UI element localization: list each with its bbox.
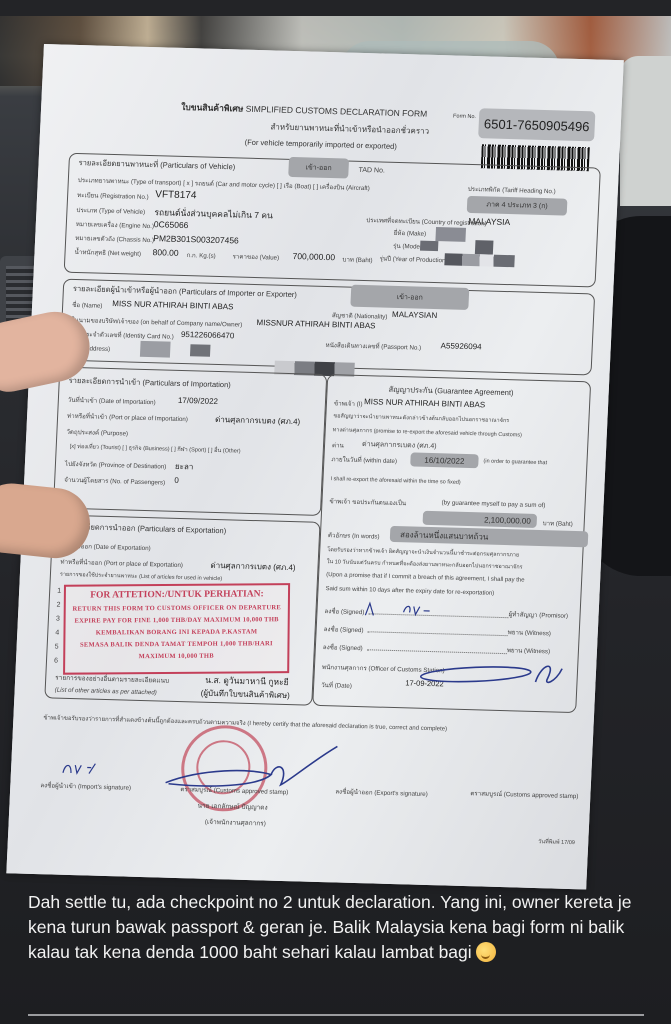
- sum-unit: บาท (Baht): [542, 518, 573, 529]
- net-weight-unit: ก.ก. Kg.(s): [186, 250, 216, 261]
- tad-label: TAD No.: [358, 167, 385, 175]
- passport-value: A55926094: [440, 341, 481, 351]
- value-unit: บาท (Baht): [342, 254, 373, 265]
- customs-declaration-form: ใบขนสินค้าพิเศษ SIMPLIFIED CUSTOMS DECLA…: [6, 44, 623, 889]
- caption-divider: [28, 1014, 644, 1016]
- pixelated-redaction: [444, 253, 515, 267]
- pixelated-redaction: [475, 240, 494, 254]
- officer-name: นาย เอกลักษณ์ ปัญญาดง: [197, 801, 267, 813]
- caption-text: Dah settle tu, ada checkpoint no 2 untuk…: [28, 892, 632, 962]
- guarantee-i-label: ข้าพเจ้า (I): [334, 398, 363, 409]
- export-signature-label: ลงชื่อผู้นำออก (Export's signature): [335, 786, 428, 799]
- pixelated-redaction: [140, 341, 171, 358]
- form-number: 6501-7650905496: [478, 108, 595, 141]
- import-port-value: ด่านศุลกากรเบตง (ศภ.4): [215, 413, 301, 428]
- id-value: 951226066470: [181, 330, 235, 340]
- customs-stamp-label-2: ตราสมบูรณ์ (Customs approved stamp): [470, 788, 578, 801]
- signed-label-promisor: ลงชื่อ (Signed): [324, 606, 364, 617]
- export-port-value: ด่านศุลกากรเบตง (ศภ.4): [210, 559, 296, 574]
- promisor-label: ผู้ทำสัญญา (Promisor): [508, 609, 568, 621]
- importer-signature-icon: [61, 761, 102, 778]
- station-label: ด่าน: [332, 440, 344, 450]
- registration-label: ทะเบียน (Registration No.): [77, 190, 149, 202]
- red-attention-stamp: FOR ATTETION:/UNTUK PERHATIAN: RETURN TH…: [63, 583, 290, 675]
- melting-face-emoji-icon: [476, 942, 496, 962]
- engine-value: 0C65066: [154, 219, 189, 230]
- value-label: ราคาของ (Value): [232, 251, 279, 262]
- promisor-signature-icon: [363, 601, 444, 619]
- witness-label-1: พยาน (Witness): [507, 627, 551, 638]
- signed-label-witness-1: ลงชื่อ (Signed): [323, 624, 363, 635]
- country-value: MALAYSIA: [468, 216, 510, 227]
- officer-title: (เจ้าพนักงานศุลกากร): [205, 817, 266, 829]
- form-no-label: Form No.: [453, 113, 476, 120]
- name-label: ชื่อ (Name): [72, 300, 103, 311]
- form-subtitle-en: (For vehicle temporarily imported or exp…: [245, 138, 397, 151]
- vehicle-type-label: ประเภท (Type of Vehicle): [76, 205, 145, 217]
- registration-value: VFT8174: [155, 189, 197, 201]
- tariff-value: ภาค 4 ประเภท 3 (ก): [467, 196, 568, 216]
- value-value: 700,000.00: [292, 251, 335, 262]
- passengers-value: 0: [174, 476, 179, 485]
- within-date: 16/10/2022: [410, 452, 479, 468]
- net-weight-value: 800.00: [152, 247, 178, 258]
- engine-label: หมายเลขเครื่อง (Engine No.): [76, 219, 155, 231]
- importer-direction-badge: เข้า-ออก: [350, 285, 469, 310]
- guarantee-date-label: วันที่ (Date): [321, 680, 352, 691]
- province-value: ยะลา: [175, 460, 194, 474]
- signed-label-witness-2: ลงชื่อ (Signed): [323, 642, 363, 653]
- post-photo[interactable]: ใบขนสินค้าพิเศษ SIMPLIFIED CUSTOMS DECLA…: [0, 16, 671, 1024]
- net-weight-label: น้ำหนักสุทธิ (Net weight): [74, 247, 141, 259]
- make-label: ยี่ห้อ (Make): [394, 228, 427, 239]
- within-label: ภายในวันที่ (within date): [331, 454, 397, 466]
- officer-signature-icon: [415, 651, 567, 691]
- import-date-value: 17/09/2022: [178, 396, 218, 406]
- form-subtitle-th: สำหรับยานพาหนะที่นำเข้าหรือนำออกชั่วคราว: [270, 120, 429, 137]
- pixelated-redaction: [435, 227, 466, 242]
- station-value: ด่านศุลกากรเบตง (ศภ.4): [362, 439, 437, 452]
- purpose-label: วัตถุประสงค์ (Purpose): [66, 427, 128, 439]
- parked-car: [620, 56, 671, 206]
- print-date: วันที่พิมพ์ 17/09: [538, 838, 575, 847]
- nationality-value: MALAYSIAN: [392, 310, 438, 320]
- words-label: ตัวอักษร (In words): [328, 530, 380, 541]
- vehicle-direction-badge: เข้า-ออก: [288, 157, 349, 179]
- pixelated-redaction: [420, 241, 438, 251]
- top-bar: [0, 0, 671, 16]
- import-signature-label: ลงชื่อผู้นำเข้า (Import's signature): [40, 780, 131, 793]
- form-title: ใบขนสินค้าพิเศษ SIMPLIFIED CUSTOMS DECLA…: [181, 100, 428, 121]
- recorder-title: (ผู้บันทึกใบขนสินค้าพิเศษ): [200, 687, 290, 702]
- pixelated-redaction: [190, 344, 211, 357]
- guarantee-label: ข้าพเจ้า ขอประกันตนเองเป็น: [329, 496, 406, 508]
- post-caption: Dah settle tu, ada checkpoint no 2 untuk…: [28, 890, 648, 965]
